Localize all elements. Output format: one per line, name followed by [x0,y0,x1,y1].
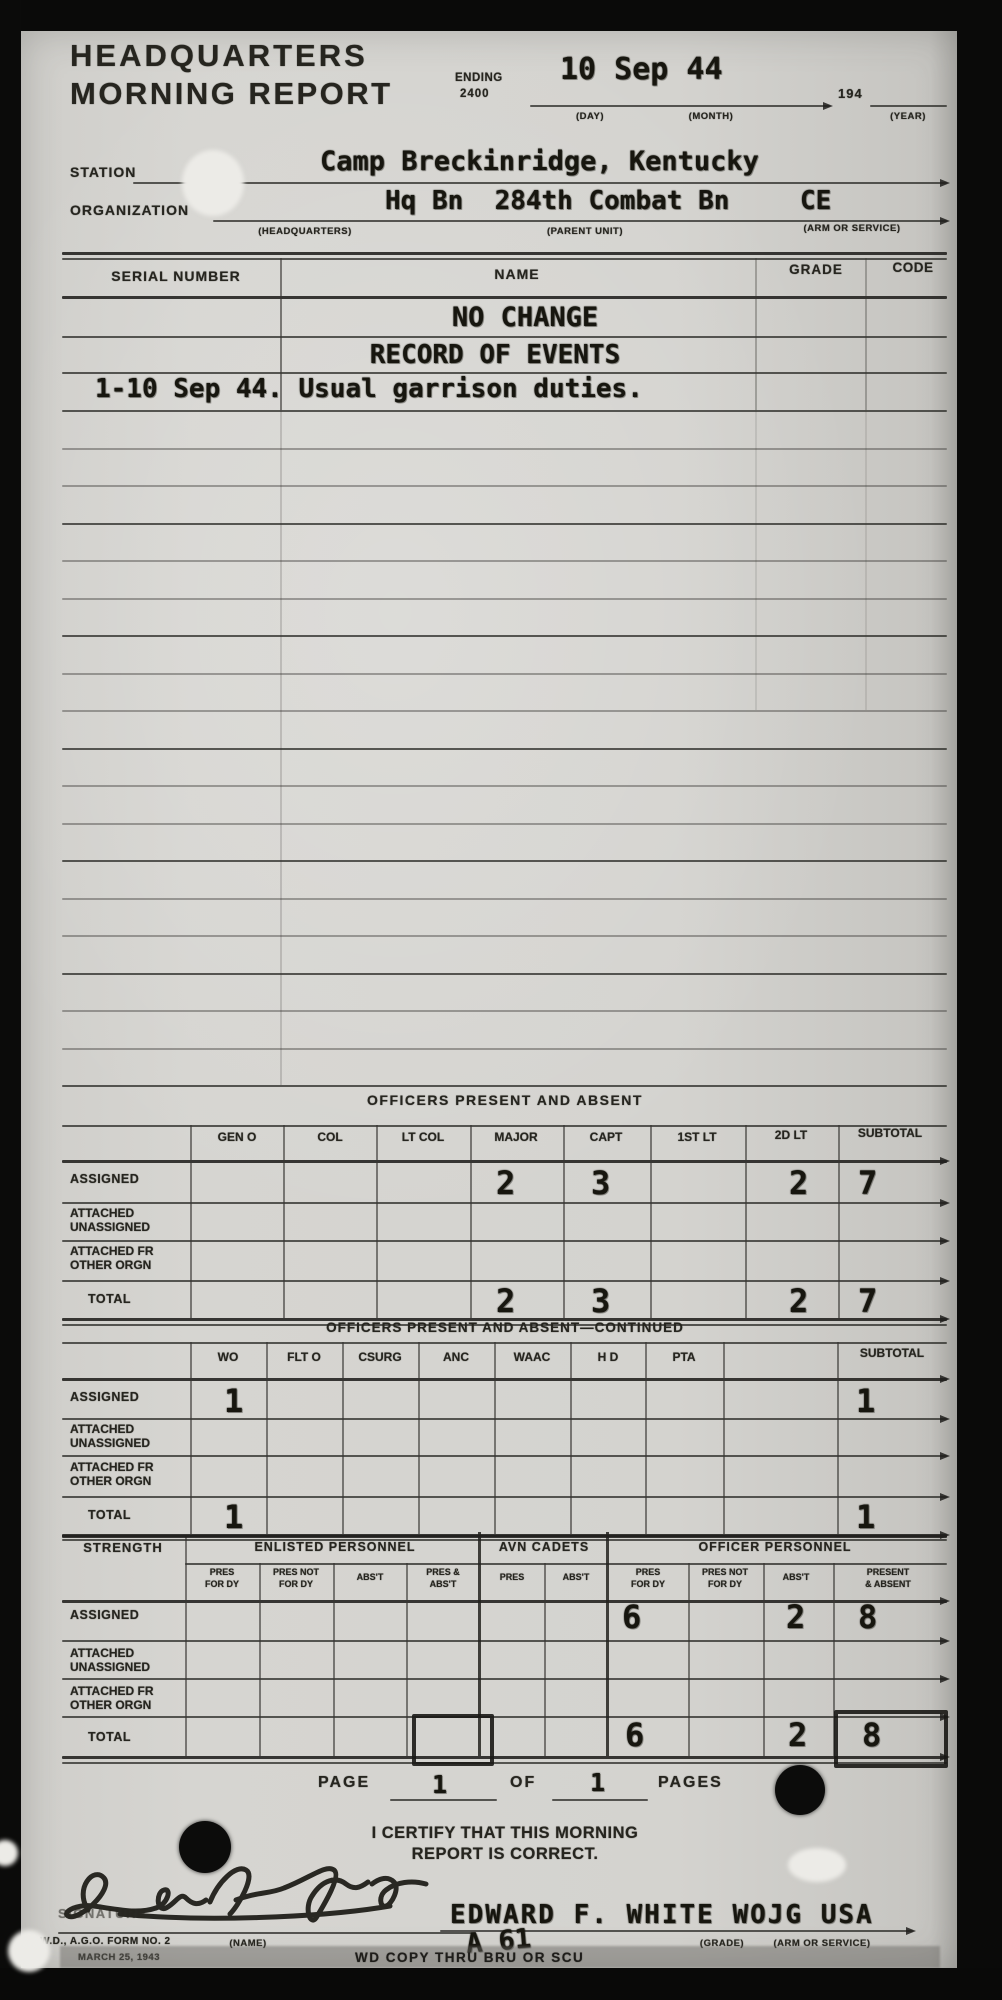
officers2-col-wo: WO [218,1350,239,1364]
enlisted-col-pres-abst: PRES & ABS'T [426,1566,460,1590]
strength-assigned-officer-present-absent: 8 [858,1598,877,1636]
ruled-line [62,898,947,900]
officers-col-lt-col: LT COL [402,1130,444,1144]
signature-stamp-label: SIGNATURE [58,1906,147,1921]
ruled-line [62,935,947,937]
ruled-line [62,1010,947,1012]
officers-continued-title: OFFICERS PRESENT AND ABSENT—CONTINUED [326,1320,684,1335]
strength-row-attached-fr-label: ATTACHED FR OTHER ORGN [70,1684,154,1713]
scan-border-top [0,0,1002,31]
whiteout-blob-certify [788,1848,846,1882]
officers2-total-wo: 1 [224,1498,243,1536]
station-value: Camp Breckinridge, Kentucky [320,146,759,177]
officer-col-present-absent: PRESENT & ABSENT [865,1566,911,1590]
handdrawn-box-officer-total [834,1710,948,1768]
officers2-col-h-d: H D [598,1350,619,1364]
enlisted-col-pres-not-for-dy: PRES NOT FOR DY [273,1566,319,1590]
officer-col-abst: ABS'T [783,1572,810,1582]
arm-service-sublabel: (ARM OR SERVICE) [803,223,900,234]
officers-total-major: 2 [496,1282,515,1320]
officers2-row-assigned-label: ASSIGNED [70,1390,139,1404]
officers-table-title: OFFICERS PRESENT AND ABSENT [367,1092,643,1108]
roster-header-name: NAME [494,266,539,282]
ruled-line [62,1048,947,1050]
roster-entry-events: 1-10 Sep 44. Usual garrison duties. [95,374,643,404]
strength-assigned-officer-pres: 6 [622,1598,641,1636]
whiteout-blob [182,150,244,216]
enlisted-col-pres-for-dy: PRES FOR DY [205,1566,239,1590]
scan-border-bottom [0,1968,1002,2000]
pages-label: PAGES [658,1774,723,1792]
roster-entry-no-change: NO CHANGE [452,302,598,333]
officers-col-col: COL [317,1130,342,1144]
officer-col-pres-not-for-dy: PRES NOT FOR DY [702,1566,748,1590]
enlisted-col-abst: ABS'T [357,1572,384,1582]
ruled-line [62,598,947,600]
roster-header-grade: GRADE [789,262,843,277]
scan-border-left [0,0,21,2000]
strength-total-officer-pres: 6 [625,1716,644,1754]
officers-assigned-capt: 3 [591,1164,610,1202]
avn-col-pres: PRES [500,1572,525,1582]
strength-label: STRENGTH [83,1540,163,1555]
ruled-line [62,410,947,412]
officers2-col-waac: WAAC [514,1350,551,1364]
strength-row-total-label: TOTAL [88,1730,131,1744]
strength-row-assigned-label: ASSIGNED [70,1608,139,1622]
officers-col-gen-o: GEN O [218,1130,257,1144]
year-sublabel: (YEAR) [890,111,926,122]
border-speckle-2 [8,1930,50,1972]
station-underline [133,182,947,184]
punch-hole-right [775,1765,825,1815]
date-underline [530,105,830,107]
organization-label: ORGANIZATION [70,202,189,218]
officers2-row-attached-fr-label: ATTACHED FR OTHER ORGN [70,1460,154,1489]
officers-assigned-2d-lt: 2 [789,1164,808,1202]
ruled-line [62,448,947,450]
scan-border-right [957,0,1002,2000]
strength-section-enlisted: ENLISTED PERSONNEL [254,1540,415,1554]
signature-underline [58,1932,476,1934]
scanned-morning-report: HEADQUARTERS MORNING REPORT ENDING 2400 … [0,0,1002,2000]
strength-row-attached-unassigned-label: ATTACHED UNASSIGNED [70,1646,150,1675]
ruled-line [62,560,947,562]
station-label: STATION [70,164,136,180]
strength-assigned-officer-abst: 2 [786,1598,805,1636]
ending-label: ENDING [455,72,503,84]
page-value: 1 [432,1770,447,1799]
ruled-line [62,973,947,975]
arm-service-value: CE [800,186,831,216]
form-title-line2: MORNING REPORT [70,76,393,112]
officers2-col-subtotal: SUBTOTAL [860,1346,924,1360]
officers-row-attached-unassigned-label: ATTACHED UNASSIGNED [70,1206,150,1235]
ruled-line [62,785,947,787]
roster-top-line [62,252,947,255]
officers2-assigned-wo: 1 [224,1382,243,1420]
officers2-col-flt-o: FLT O [287,1350,321,1364]
officers-col-capt: CAPT [590,1130,623,1144]
officers-assigned-major: 2 [496,1164,515,1202]
ruled-line [62,710,947,712]
officers2-row-attached-unassigned-label: ATTACHED UNASSIGNED [70,1422,150,1451]
pages-value: 1 [590,1768,605,1797]
strength-section-avn-cadets: AVN CADETS [499,1540,589,1554]
ruled-line [62,635,947,637]
ending-time: 2400 [460,88,490,100]
page-label: PAGE [318,1774,370,1792]
officers-row-total-label: TOTAL [88,1292,131,1306]
wd-copy-line: WD COPY THRU BRU OR SCU [355,1950,584,1965]
officers-col-1st-lt: 1ST LT [677,1130,716,1144]
year-prefix: 194 [838,86,863,101]
ruled-line [62,1085,947,1087]
form-title-line1: HEADQUARTERS [70,38,368,74]
day-sublabel: (DAY) [576,111,604,122]
officers2-assigned-subtotal: 1 [856,1382,875,1420]
officers2-row-total-label: TOTAL [88,1508,131,1522]
officers-total-subtotal: 7 [858,1282,877,1320]
roster-entry-record-of-events: RECORD OF EVENTS [370,340,620,370]
officers-col-subtotal: SUBTOTAL [858,1126,922,1140]
roster-header-code: CODE [892,260,933,275]
officers2-total-subtotal: 1 [856,1498,875,1536]
organization-value: Hq Bn 284th Combat Bn [385,186,729,216]
certify-line1: I CERTIFY THAT THIS MORNING [372,1824,639,1843]
officers-col-2d-lt: 2D LT [775,1128,807,1142]
ruled-line [62,823,947,825]
officers2-col-pta: PTA [672,1350,695,1364]
officers-total-capt: 3 [591,1282,610,1320]
ruled-line [62,748,947,750]
officers2-col-anc: ANC [443,1350,469,1364]
strength-section-officer: OFFICER PERSONNEL [698,1540,851,1554]
officers2-col-csurg: CSURG [358,1350,401,1364]
year-underline [870,105,947,107]
strength-total-officer-abst: 2 [788,1716,807,1754]
avn-col-abst: ABS'T [563,1572,590,1582]
parent-unit-sublabel: (PARENT UNIT) [547,226,623,237]
officer-col-pres-for-dy: PRES FOR DY [631,1566,665,1590]
officers-row-assigned-label: ASSIGNED [70,1172,139,1186]
officers-assigned-subtotal: 7 [858,1164,877,1202]
ruled-line [62,673,947,675]
organization-underline [213,220,947,222]
ruled-line [62,860,947,862]
officers-total-2d-lt: 2 [789,1282,808,1320]
roster-header-underline [62,296,947,299]
ruled-line [62,485,947,487]
month-sublabel: (MONTH) [689,111,734,122]
officers-col-major: MAJOR [494,1130,537,1144]
officers-row-attached-fr-label: ATTACHED FR OTHER ORGN [70,1244,154,1273]
of-label: OF [510,1774,536,1792]
headquarters-sublabel: (HEADQUARTERS) [258,226,352,237]
ruled-line [62,523,947,525]
roster-header-serial: SERIAL NUMBER [111,268,240,284]
handdrawn-box-enlisted-total [412,1714,494,1766]
report-date-value: 10 Sep 44 [560,52,723,87]
